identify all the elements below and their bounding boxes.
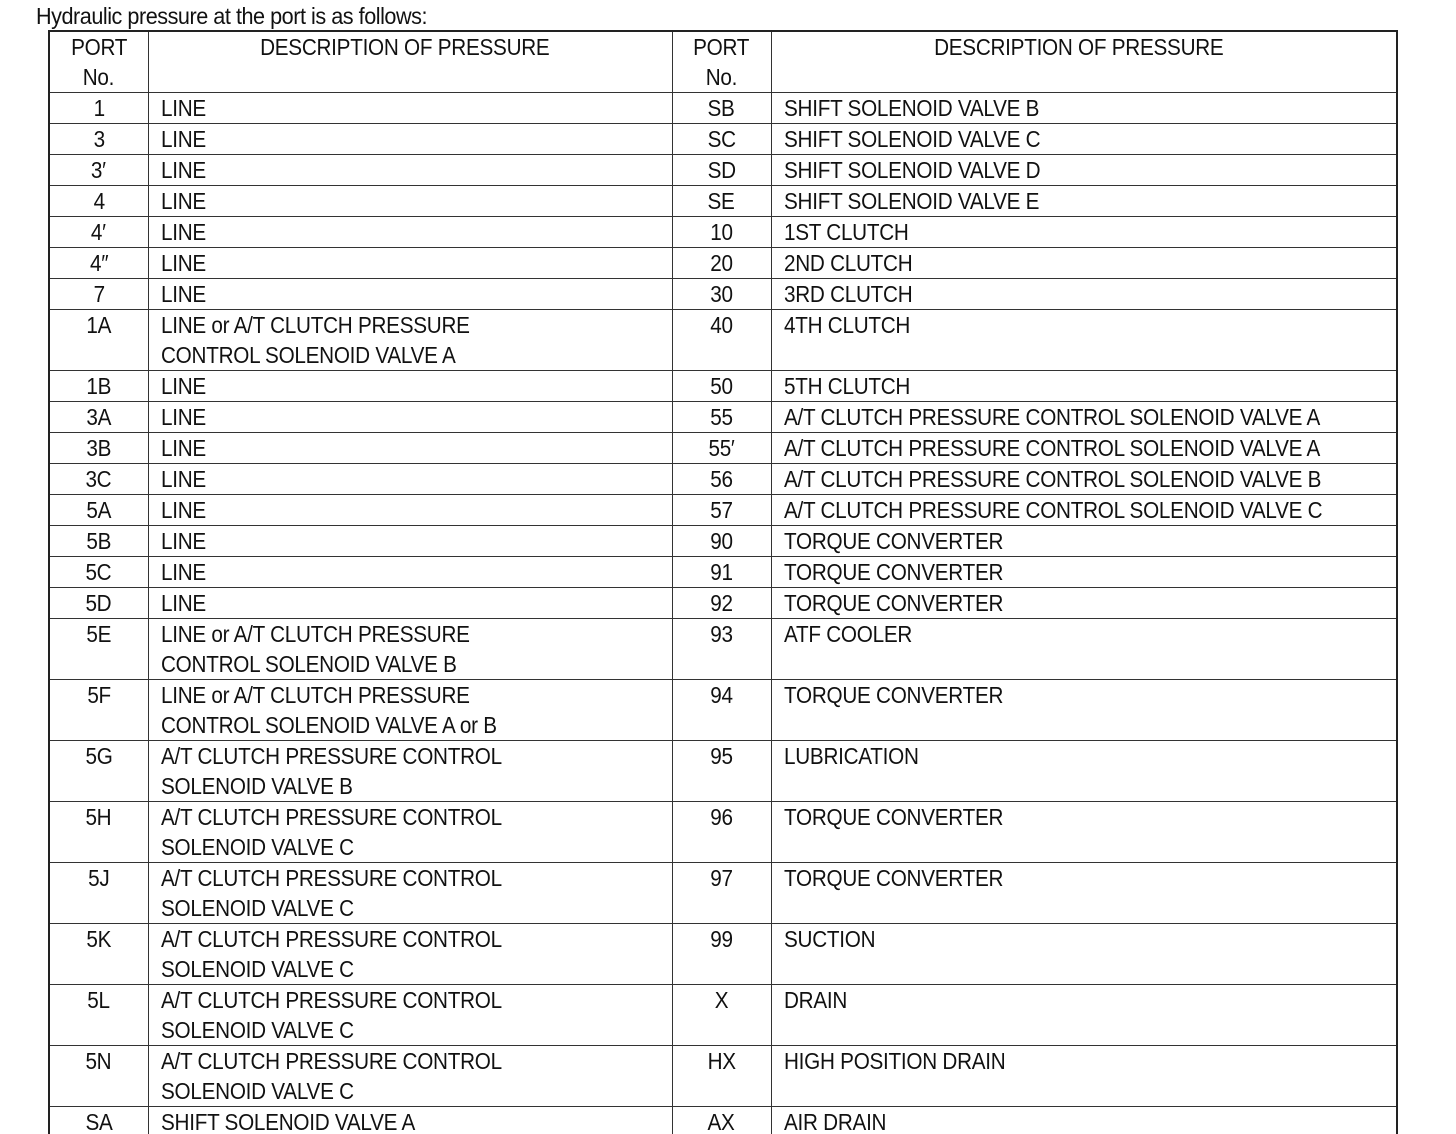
right-port-cell: 20 <box>672 248 771 279</box>
port-number: 20 <box>710 248 732 278</box>
table-row: 5CLINE91TORQUE CONVERTER <box>49 557 1397 588</box>
port-number: 5L <box>87 985 109 1015</box>
right-port-cell: 91 <box>672 557 771 588</box>
description-line: A/T CLUTCH PRESSURE CONTROL <box>161 802 621 832</box>
right-description-cell: TORQUE CONVERTER <box>771 526 1397 557</box>
left-description-cell: A/T CLUTCH PRESSURE CONTROLSOLENOID VALV… <box>148 802 672 863</box>
port-number: 3C <box>86 464 112 494</box>
table-row: SASHIFT SOLENOID VALVE AAXAIR DRAIN <box>49 1107 1397 1134</box>
table-row: 3′LINESDSHIFT SOLENOID VALVE D <box>49 155 1397 186</box>
port-number: 5J <box>88 863 109 893</box>
left-port-cell: 4 <box>49 186 148 217</box>
table-row: 5ELINE or A/T CLUTCH PRESSURECONTROL SOL… <box>49 619 1397 680</box>
description-line: CONTROL SOLENOID VALVE B <box>161 649 621 679</box>
left-port-cell: 1B <box>49 371 148 402</box>
description-line: A/T CLUTCH PRESSURE CONTROL <box>161 1046 621 1076</box>
description-line: A/T CLUTCH PRESSURE CONTROL SOLENOID VAL… <box>784 433 1335 463</box>
left-port-cell: 1A <box>49 310 148 371</box>
right-port-cell: 99 <box>672 924 771 985</box>
description-line: LINE <box>161 186 621 216</box>
table-row: 4LINESESHIFT SOLENOID VALVE E <box>49 186 1397 217</box>
header-description-text: DESCRIPTION OF PRESSURE <box>260 32 549 62</box>
description-line: TORQUE CONVERTER <box>784 588 1335 618</box>
right-description-cell: AIR DRAIN <box>771 1107 1397 1134</box>
port-number: 5A <box>86 495 111 525</box>
table-row: 5FLINE or A/T CLUTCH PRESSURECONTROL SOL… <box>49 680 1397 741</box>
port-number: 96 <box>710 802 732 832</box>
table-row: 3LINESCSHIFT SOLENOID VALVE C <box>49 124 1397 155</box>
port-number: SA <box>85 1107 112 1134</box>
left-port-cell: 3 <box>49 124 148 155</box>
right-description-cell: SHIFT SOLENOID VALVE B <box>771 93 1397 124</box>
port-number: 55 <box>710 402 732 432</box>
port-number: 5C <box>86 557 112 587</box>
description-line: LINE <box>161 371 621 401</box>
port-number: 57 <box>710 495 732 525</box>
header-port-line2: No. <box>83 62 114 92</box>
port-number: HX <box>707 1046 735 1076</box>
port-number: 56 <box>710 464 732 494</box>
description-line: LINE <box>161 217 621 247</box>
left-port-cell: 5H <box>49 802 148 863</box>
port-pressure-table: PORT No. DESCRIPTION OF PRESSURE PORT No… <box>48 30 1398 1134</box>
caption-text: Hydraulic pressure at the port is as fol… <box>36 3 427 29</box>
right-port-cell: 55′ <box>672 433 771 464</box>
right-description-cell: SUCTION <box>771 924 1397 985</box>
description-line: LINE <box>161 464 621 494</box>
left-port-cell: 4″ <box>49 248 148 279</box>
right-description-cell: DRAIN <box>771 985 1397 1046</box>
left-description-cell: LINE <box>148 248 672 279</box>
description-line: AIR DRAIN <box>784 1107 1335 1134</box>
right-description-cell: A/T CLUTCH PRESSURE CONTROL SOLENOID VAL… <box>771 402 1397 433</box>
port-number: 30 <box>710 279 732 309</box>
port-number: 91 <box>710 557 732 587</box>
left-description-cell: LINE or A/T CLUTCH PRESSURECONTROL SOLEN… <box>148 619 672 680</box>
left-port-cell: 5L <box>49 985 148 1046</box>
port-number: 94 <box>710 680 732 710</box>
description-line: TORQUE CONVERTER <box>784 680 1335 710</box>
right-port-cell: X <box>672 985 771 1046</box>
description-line: LINE <box>161 433 621 463</box>
port-number: SD <box>707 155 735 185</box>
description-line: LUBRICATION <box>784 741 1335 771</box>
right-description-cell: A/T CLUTCH PRESSURE CONTROL SOLENOID VAL… <box>771 464 1397 495</box>
left-description-cell: LINE <box>148 93 672 124</box>
table-row: 4″LINE202ND CLUTCH <box>49 248 1397 279</box>
description-line: TORQUE CONVERTER <box>784 557 1335 587</box>
header-description-right: DESCRIPTION OF PRESSURE <box>771 31 1397 93</box>
description-line: CONTROL SOLENOID VALVE A <box>161 340 621 370</box>
port-number: 97 <box>710 863 732 893</box>
left-description-cell: LINE <box>148 402 672 433</box>
description-line: A/T CLUTCH PRESSURE CONTROL SOLENOID VAL… <box>784 495 1335 525</box>
description-line: SHIFT SOLENOID VALVE C <box>784 124 1335 154</box>
left-description-cell: LINE <box>148 464 672 495</box>
description-line: DRAIN <box>784 985 1335 1015</box>
left-port-cell: 5D <box>49 588 148 619</box>
description-line: A/T CLUTCH PRESSURE CONTROL <box>161 985 621 1015</box>
table-row: 5DLINE92TORQUE CONVERTER <box>49 588 1397 619</box>
description-line: LINE <box>161 526 621 556</box>
left-description-cell: LINE <box>148 495 672 526</box>
left-port-cell: 5E <box>49 619 148 680</box>
table-row: 5HA/T CLUTCH PRESSURE CONTROLSOLENOID VA… <box>49 802 1397 863</box>
right-description-cell: 3RD CLUTCH <box>771 279 1397 310</box>
header-port-line1: PORT <box>693 32 749 62</box>
right-port-cell: 90 <box>672 526 771 557</box>
left-port-cell: 4′ <box>49 217 148 248</box>
right-port-cell: 93 <box>672 619 771 680</box>
description-line: A/T CLUTCH PRESSURE CONTROL <box>161 863 621 893</box>
port-number: 5K <box>86 924 111 954</box>
port-number: 1B <box>86 371 111 401</box>
port-number: 3 <box>93 124 104 154</box>
left-port-cell: 3A <box>49 402 148 433</box>
description-line: A/T CLUTCH PRESSURE CONTROL SOLENOID VAL… <box>784 402 1335 432</box>
port-number: 5F <box>87 680 111 710</box>
description-line: LINE <box>161 495 621 525</box>
right-port-cell: 92 <box>672 588 771 619</box>
right-description-cell: TORQUE CONVERTER <box>771 802 1397 863</box>
port-number: 92 <box>710 588 732 618</box>
right-port-cell: 50 <box>672 371 771 402</box>
right-port-cell: 94 <box>672 680 771 741</box>
port-number: SB <box>708 93 735 123</box>
left-description-cell: A/T CLUTCH PRESSURE CONTROLSOLENOID VALV… <box>148 985 672 1046</box>
port-number: 99 <box>710 924 732 954</box>
port-number: X <box>715 985 729 1015</box>
right-port-cell: SE <box>672 186 771 217</box>
table-row: 5GA/T CLUTCH PRESSURE CONTROLSOLENOID VA… <box>49 741 1397 802</box>
right-port-cell: 57 <box>672 495 771 526</box>
port-number: 1A <box>86 310 111 340</box>
table-row: 3BLINE55′A/T CLUTCH PRESSURE CONTROL SOL… <box>49 433 1397 464</box>
table-header-row: PORT No. DESCRIPTION OF PRESSURE PORT No… <box>49 31 1397 93</box>
port-number: 3B <box>86 433 111 463</box>
left-description-cell: A/T CLUTCH PRESSURE CONTROLSOLENOID VALV… <box>148 1046 672 1107</box>
right-description-cell: 5TH CLUTCH <box>771 371 1397 402</box>
description-line: A/T CLUTCH PRESSURE CONTROL <box>161 924 621 954</box>
left-description-cell: LINE <box>148 371 672 402</box>
port-number: 4′ <box>91 217 106 247</box>
right-port-cell: SD <box>672 155 771 186</box>
description-line: SHIFT SOLENOID VALVE D <box>784 155 1335 185</box>
table-row: 1BLINE505TH CLUTCH <box>49 371 1397 402</box>
description-line: LINE or A/T CLUTCH PRESSURE <box>161 619 621 649</box>
header-port-line2: No. <box>706 62 737 92</box>
right-description-cell: TORQUE CONVERTER <box>771 557 1397 588</box>
table-row: 5JA/T CLUTCH PRESSURE CONTROLSOLENOID VA… <box>49 863 1397 924</box>
table-row: 3ALINE55A/T CLUTCH PRESSURE CONTROL SOLE… <box>49 402 1397 433</box>
port-number: 5G <box>85 741 112 771</box>
left-port-cell: 5C <box>49 557 148 588</box>
table-row: 1LINESBSHIFT SOLENOID VALVE B <box>49 93 1397 124</box>
description-line: LINE <box>161 248 621 278</box>
right-port-cell: 96 <box>672 802 771 863</box>
description-line: A/T CLUTCH PRESSURE CONTROL <box>161 741 621 771</box>
left-port-cell: 5J <box>49 863 148 924</box>
right-description-cell: SHIFT SOLENOID VALVE D <box>771 155 1397 186</box>
right-description-cell: LUBRICATION <box>771 741 1397 802</box>
header-description-text: DESCRIPTION OF PRESSURE <box>934 32 1223 62</box>
description-line: SOLENOID VALVE C <box>161 1076 621 1106</box>
port-number: 10 <box>710 217 732 247</box>
header-port-no-right: PORT No. <box>672 31 771 93</box>
port-number: 90 <box>710 526 732 556</box>
description-line: 2ND CLUTCH <box>784 248 1335 278</box>
left-port-cell: 5N <box>49 1046 148 1107</box>
right-port-cell: SB <box>672 93 771 124</box>
table-row: 5NA/T CLUTCH PRESSURE CONTROLSOLENOID VA… <box>49 1046 1397 1107</box>
right-description-cell: SHIFT SOLENOID VALVE C <box>771 124 1397 155</box>
right-description-cell: SHIFT SOLENOID VALVE E <box>771 186 1397 217</box>
left-description-cell: LINE <box>148 217 672 248</box>
description-line: LINE or A/T CLUTCH PRESSURE <box>161 310 621 340</box>
left-description-cell: LINE or A/T CLUTCH PRESSURECONTROL SOLEN… <box>148 310 672 371</box>
port-number: 5E <box>86 619 111 649</box>
port-number: 1 <box>93 93 104 123</box>
port-number: 5N <box>86 1046 112 1076</box>
description-line: SUCTION <box>784 924 1335 954</box>
description-line: SHIFT SOLENOID VALVE E <box>784 186 1335 216</box>
right-description-cell: A/T CLUTCH PRESSURE CONTROL SOLENOID VAL… <box>771 495 1397 526</box>
left-description-cell: LINE <box>148 557 672 588</box>
description-line: SOLENOID VALVE C <box>161 954 621 984</box>
left-port-cell: 5B <box>49 526 148 557</box>
port-number: 55′ <box>708 433 734 463</box>
description-line: 3RD CLUTCH <box>784 279 1335 309</box>
left-description-cell: A/T CLUTCH PRESSURE CONTROLSOLENOID VALV… <box>148 924 672 985</box>
port-number: 4 <box>93 186 104 216</box>
left-port-cell: 3C <box>49 464 148 495</box>
description-line: 4TH CLUTCH <box>784 310 1335 340</box>
description-line: A/T CLUTCH PRESSURE CONTROL SOLENOID VAL… <box>784 464 1335 494</box>
table-row: 3CLINE56A/T CLUTCH PRESSURE CONTROL SOLE… <box>49 464 1397 495</box>
port-number: SE <box>708 186 735 216</box>
right-description-cell: ATF COOLER <box>771 619 1397 680</box>
port-number: 40 <box>710 310 732 340</box>
left-port-cell: 5F <box>49 680 148 741</box>
right-port-cell: HX <box>672 1046 771 1107</box>
port-number: 5D <box>86 588 112 618</box>
right-port-cell: 56 <box>672 464 771 495</box>
port-number: 95 <box>710 741 732 771</box>
description-line: LINE <box>161 557 621 587</box>
port-number: 3′ <box>91 155 106 185</box>
left-port-cell: 7 <box>49 279 148 310</box>
description-line: SOLENOID VALVE C <box>161 832 621 862</box>
right-port-cell: 55 <box>672 402 771 433</box>
description-line: 5TH CLUTCH <box>784 371 1335 401</box>
port-number: SC <box>707 124 735 154</box>
description-line: SHIFT SOLENOID VALVE A <box>161 1107 621 1134</box>
description-line: TORQUE CONVERTER <box>784 526 1335 556</box>
description-line: HIGH POSITION DRAIN <box>784 1046 1335 1076</box>
left-port-cell: 1 <box>49 93 148 124</box>
description-line: TORQUE CONVERTER <box>784 802 1335 832</box>
table-row: 5LA/T CLUTCH PRESSURE CONTROLSOLENOID VA… <box>49 985 1397 1046</box>
table-body: 1LINESBSHIFT SOLENOID VALVE B3LINESCSHIF… <box>49 93 1397 1134</box>
right-description-cell: A/T CLUTCH PRESSURE CONTROL SOLENOID VAL… <box>771 433 1397 464</box>
port-number: 5B <box>86 526 111 556</box>
right-description-cell: TORQUE CONVERTER <box>771 863 1397 924</box>
left-port-cell: 5G <box>49 741 148 802</box>
right-port-cell: AX <box>672 1107 771 1134</box>
description-line: SOLENOID VALVE C <box>161 893 621 923</box>
table-row: 4′LINE101ST CLUTCH <box>49 217 1397 248</box>
right-description-cell: 4TH CLUTCH <box>771 310 1397 371</box>
header-description-left: DESCRIPTION OF PRESSURE <box>148 31 672 93</box>
description-line: LINE <box>161 402 621 432</box>
left-description-cell: LINE <box>148 186 672 217</box>
port-number: 50 <box>710 371 732 401</box>
description-line: LINE <box>161 93 621 123</box>
right-port-cell: SC <box>672 124 771 155</box>
table-row: 7LINE303RD CLUTCH <box>49 279 1397 310</box>
description-line: ATF COOLER <box>784 619 1335 649</box>
port-number: 93 <box>710 619 732 649</box>
left-description-cell: LINE <box>148 279 672 310</box>
right-description-cell: TORQUE CONVERTER <box>771 680 1397 741</box>
right-description-cell: HIGH POSITION DRAIN <box>771 1046 1397 1107</box>
table-row: 5BLINE90TORQUE CONVERTER <box>49 526 1397 557</box>
description-line: LINE <box>161 588 621 618</box>
left-description-cell: LINE <box>148 526 672 557</box>
left-port-cell: 3B <box>49 433 148 464</box>
port-number: 7 <box>93 279 104 309</box>
left-port-cell: 5K <box>49 924 148 985</box>
description-line: LINE <box>161 155 621 185</box>
left-port-cell: SA <box>49 1107 148 1134</box>
right-description-cell: TORQUE CONVERTER <box>771 588 1397 619</box>
right-port-cell: 40 <box>672 310 771 371</box>
right-port-cell: 10 <box>672 217 771 248</box>
description-line: LINE <box>161 124 621 154</box>
table-caption: Hydraulic pressure at the port is as fol… <box>36 2 427 30</box>
header-port-no-left: PORT No. <box>49 31 148 93</box>
header-port-line1: PORT <box>71 32 127 62</box>
right-port-cell: 30 <box>672 279 771 310</box>
left-description-cell: A/T CLUTCH PRESSURE CONTROLSOLENOID VALV… <box>148 741 672 802</box>
description-line: SOLENOID VALVE B <box>161 771 621 801</box>
left-description-cell: LINE <box>148 588 672 619</box>
port-number: 5H <box>86 802 112 832</box>
right-port-cell: 95 <box>672 741 771 802</box>
right-port-cell: 97 <box>672 863 771 924</box>
table-row: 5ALINE57A/T CLUTCH PRESSURE CONTROL SOLE… <box>49 495 1397 526</box>
left-description-cell: LINE or A/T CLUTCH PRESSURECONTROL SOLEN… <box>148 680 672 741</box>
description-line: LINE or A/T CLUTCH PRESSURE <box>161 680 621 710</box>
left-description-cell: SHIFT SOLENOID VALVE A <box>148 1107 672 1134</box>
description-line: 1ST CLUTCH <box>784 217 1335 247</box>
description-line: TORQUE CONVERTER <box>784 863 1335 893</box>
left-description-cell: LINE <box>148 124 672 155</box>
left-description-cell: A/T CLUTCH PRESSURE CONTROLSOLENOID VALV… <box>148 863 672 924</box>
left-port-cell: 3′ <box>49 155 148 186</box>
description-line: SHIFT SOLENOID VALVE B <box>784 93 1335 123</box>
port-number: AX <box>708 1107 735 1134</box>
port-number: 4″ <box>90 248 108 278</box>
table-row: 1ALINE or A/T CLUTCH PRESSURECONTROL SOL… <box>49 310 1397 371</box>
description-line: SOLENOID VALVE C <box>161 1015 621 1045</box>
left-port-cell: 5A <box>49 495 148 526</box>
right-description-cell: 2ND CLUTCH <box>771 248 1397 279</box>
table-row: 5KA/T CLUTCH PRESSURE CONTROLSOLENOID VA… <box>49 924 1397 985</box>
port-number: 3A <box>86 402 111 432</box>
left-description-cell: LINE <box>148 433 672 464</box>
description-line: CONTROL SOLENOID VALVE A or B <box>161 710 621 740</box>
description-line: LINE <box>161 279 621 309</box>
right-description-cell: 1ST CLUTCH <box>771 217 1397 248</box>
left-description-cell: LINE <box>148 155 672 186</box>
